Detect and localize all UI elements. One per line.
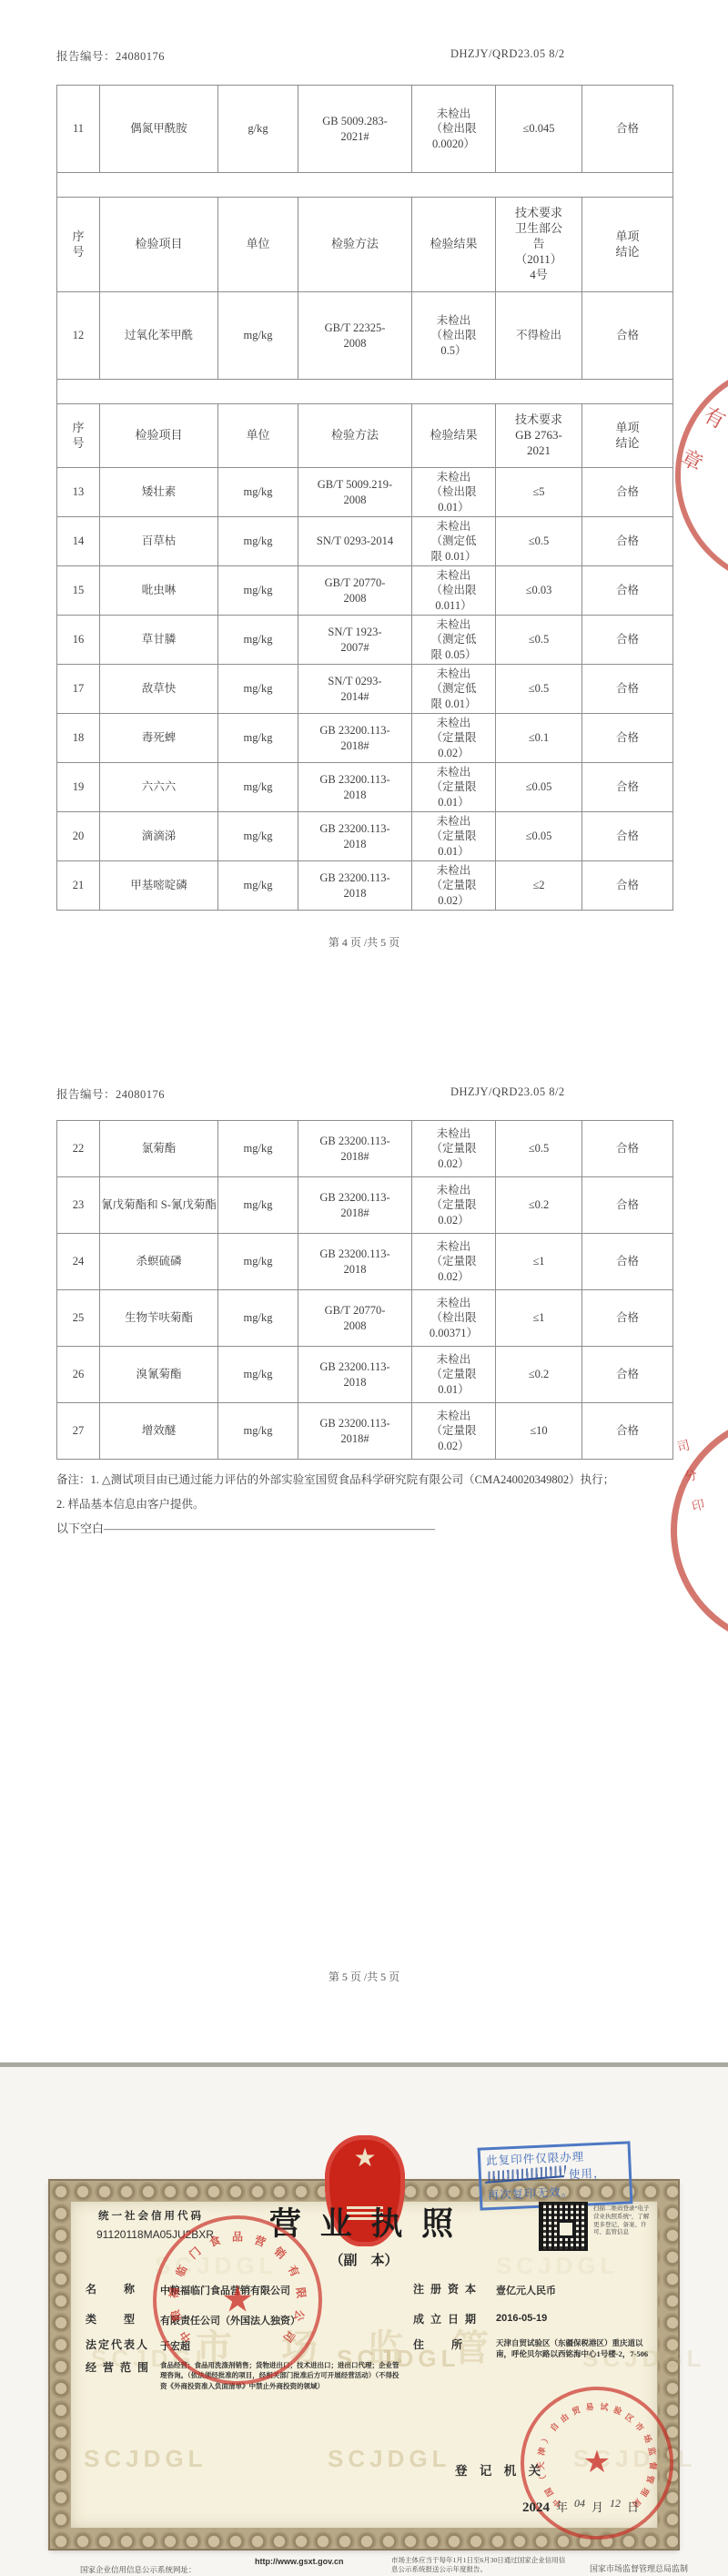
blue-copy-stamp: 此复印件仅限办理 使用， 再次复印无效。 <box>478 2141 633 2211</box>
table-row: 13 矮壮素 mg/kg GB/T 5009.219- 2008 未检出 （检出… <box>57 468 673 517</box>
seal-ring-char: 验 <box>612 2404 623 2418</box>
table-row: 12 过氧化苯甲酰 mg/kg GB/T 22325- 2008 未检出 （检出… <box>57 292 673 380</box>
watermark: SCJDGL <box>328 2445 450 2473</box>
seal-ring-char: 限 <box>292 2286 308 2299</box>
cell-verdict: 合格 <box>582 517 673 566</box>
legal-rep-label: 法定代表人 <box>86 2337 149 2352</box>
header-verdict: 单项 结论 <box>582 404 673 468</box>
seal-ring-char: 销 <box>270 2243 288 2262</box>
cell-method: GB 23200.113- 2018 <box>298 1234 412 1290</box>
table-row: 23 氰戊菊酯和 S-氰戊菊酯 mg/kg GB 23200.113- 2018… <box>57 1177 673 1234</box>
type-label: 类 型 <box>86 2311 136 2327</box>
cell-unit: mg/kg <box>218 1290 298 1347</box>
report-notes: 备注：1. △测试项目由已通过能力评估的外部实验室国贸食品科学研究院有限公司（C… <box>56 1470 657 1543</box>
cell-method: GB 23200.113- 2018# <box>298 1177 412 1234</box>
cell-unit: mg/kg <box>218 763 298 812</box>
table-row: 17 敌草快 mg/kg SN/T 0293- 2014# 未检出 （测定低 限… <box>57 665 673 714</box>
cell-unit: mg/kg <box>218 861 298 911</box>
seal-ring-char: 督 <box>647 2461 659 2470</box>
row-group-11: 11 偶氮甲酰胺 g/kg GB 5009.283- 2021# 未检出 （检出… <box>57 86 673 173</box>
seal-ring-char: 场 <box>641 2432 655 2445</box>
seal-ring-char: 管 <box>644 2474 658 2485</box>
row-group-12: 12 过氧化苯甲酰 mg/kg GB/T 22325- 2008 未检出 （检出… <box>57 292 673 380</box>
header-result: 检验结果 <box>412 404 496 468</box>
cell-method: GB 23200.113- 2018# <box>298 1403 412 1460</box>
cell-limit: ≤0.5 <box>496 616 582 665</box>
seal-star-icon: ★ <box>221 2278 254 2321</box>
watermark: SCJDGL <box>84 2445 207 2473</box>
report-number-p4: 报告编号：24080176 <box>56 47 165 64</box>
cell-method: GB 5009.283- 2021# <box>298 86 412 173</box>
cell-verdict: 合格 <box>582 1121 673 1177</box>
table-row: 27 增效醚 mg/kg GB 23200.113- 2018# 未检出 （定量… <box>57 1403 673 1460</box>
cell-item: 过氧化苯甲酰 <box>100 292 218 380</box>
cell-method: GB 23200.113- 2018# <box>298 1121 412 1177</box>
doc-code-p5: DHZJY/QRD23.05 8/2 <box>450 1085 565 1099</box>
cell-limit: 不得检出 <box>496 292 582 380</box>
issue-date: 2024 年 04 月 12 日 <box>522 2498 639 2516</box>
address-label: 住 所 <box>413 2337 464 2352</box>
cell-result: 未检出 （检出限 0.00371） <box>412 1290 496 1347</box>
seal-ring-char: 试 <box>599 2400 609 2413</box>
cell-method: GB 23200.113- 2018 <box>298 1347 412 1403</box>
cell-method: SN/T 1923- 2007# <box>298 616 412 665</box>
cell-seq: 27 <box>57 1403 100 1460</box>
cell-unit: mg/kg <box>218 517 298 566</box>
registrar-seal-icon: ★ 中国（天津）自由贸易试验区市场监督管理局 <box>521 2387 673 2540</box>
row-group-13-21: 13 矮壮素 mg/kg GB/T 5009.219- 2008 未检出 （检出… <box>57 468 673 911</box>
capital-label: 注 册 资 本 <box>413 2281 478 2296</box>
cell-item: 增效醚 <box>100 1403 218 1460</box>
cell-item: 矮壮素 <box>100 468 218 517</box>
business-license-photo: SCJDGL SCJDGL SCJDGL SCJDGL SCJDGL SCJDG… <box>0 2062 728 2576</box>
cell-verdict: 合格 <box>582 86 673 173</box>
cell-item: 六六六 <box>100 763 218 812</box>
cell-method: GB/T 20770- 2008 <box>298 1290 412 1347</box>
header-result: 检验结果 <box>412 198 496 292</box>
cell-result: 未检出 （测定低 限 0.01） <box>412 517 496 566</box>
note-blank-below: 以下空白———————————————————————————— <box>56 1518 657 1539</box>
established-label: 成 立 日 期 <box>413 2311 478 2327</box>
seal-ring-char: 区 <box>623 2410 637 2425</box>
seal-ring-char: 易 <box>585 2400 595 2413</box>
cell-seq: 17 <box>57 665 100 714</box>
seal-ring-char: 自 <box>547 2419 561 2433</box>
cell-unit: mg/kg <box>218 1234 298 1290</box>
cell-seq: 22 <box>57 1121 100 1177</box>
cell-verdict: 合格 <box>582 763 673 812</box>
cell-seq: 14 <box>57 517 100 566</box>
cell-result: 未检出 （测定低 限 0.05） <box>412 616 496 665</box>
seal-ring-char: 福 <box>166 2286 182 2299</box>
page-footer-4: 第 4 页 /共 5 页 <box>0 934 728 950</box>
header-item: 检验项目 <box>100 198 218 292</box>
cell-unit: g/kg <box>218 86 298 173</box>
cell-result: 未检出 （定量限 0.02） <box>412 861 496 911</box>
cell-verdict: 合格 <box>582 292 673 380</box>
cell-seq: 11 <box>57 86 100 173</box>
cell-method: GB 23200.113- 2018 <box>298 763 412 812</box>
report-number-p5: 报告编号：24080176 <box>56 1085 165 1102</box>
seal-ring-char: 贸 <box>571 2404 582 2418</box>
license-footer-url: http://www.gsxt.gov.cn <box>255 2557 344 2566</box>
header-item: 检验项目 <box>100 404 218 468</box>
cell-item: 杀螟硫磷 <box>100 1234 218 1290</box>
cell-result: 未检出 （定量限 0.02） <box>412 1121 496 1177</box>
cell-limit: ≤1 <box>496 1290 582 1347</box>
cell-unit: mg/kg <box>218 616 298 665</box>
header-method: 检验方法 <box>298 404 412 468</box>
cell-limit: ≤0.5 <box>496 665 582 714</box>
cell-verdict: 合格 <box>582 1234 673 1290</box>
table-gap-row <box>57 380 673 404</box>
cell-verdict: 合格 <box>582 1177 673 1234</box>
header-unit: 单位 <box>218 198 298 292</box>
header-row-block-1: 序 号 检验项目 单位 检验方法 检验结果 技术要求 卫生部公 告 （2011）… <box>57 198 673 292</box>
header-row-block-2: 序 号 检验项目 单位 检验方法 检验结果 技术要求 GB 2763- 2021… <box>57 404 673 468</box>
cell-result: 未检出 （定量限 0.02） <box>412 1234 496 1290</box>
cell-verdict: 合格 <box>582 1290 673 1347</box>
inspection-table-page5: 22 氯菊酯 mg/kg GB 23200.113- 2018# 未检出 （定量… <box>56 1120 673 1460</box>
watermark: SCJDGL <box>496 2252 619 2280</box>
table-row: 22 氯菊酯 mg/kg GB 23200.113- 2018# 未检出 （定量… <box>57 1121 673 1177</box>
cell-item: 偶氮甲酰胺 <box>100 86 218 173</box>
cell-unit: mg/kg <box>218 1403 298 1460</box>
cell-unit: mg/kg <box>218 665 298 714</box>
cell-seq: 12 <box>57 292 100 380</box>
cell-result: 未检出 （检出限 0.01） <box>412 468 496 517</box>
cell-limit: ≤0.045 <box>496 86 582 173</box>
seal-ring-char: 营 <box>252 2231 268 2249</box>
cell-limit: ≤0.05 <box>496 763 582 812</box>
header-seq: 序 号 <box>57 198 100 292</box>
table-row: 14 百草枯 mg/kg SN/T 0293-2014 未检出 （测定低 限 0… <box>57 517 673 566</box>
cell-verdict: 合格 <box>582 665 673 714</box>
cell-method: GB/T 22325- 2008 <box>298 292 412 380</box>
cell-seq: 19 <box>57 763 100 812</box>
seal-ring-char: 公 <box>290 2308 308 2323</box>
cell-seq: 16 <box>57 616 100 665</box>
seal-ring-char: 监 <box>645 2447 659 2457</box>
table-header-row: 序 号 检验项目 单位 检验方法 检验结果 技术要求 卫生部公 告 （2011）… <box>57 198 673 292</box>
cell-method: GB 23200.113- 2018 <box>298 812 412 861</box>
table-row: 11 偶氮甲酰胺 g/kg GB 5009.283- 2021# 未检出 （检出… <box>57 86 673 173</box>
cell-limit: ≤1 <box>496 1234 582 1290</box>
cell-item: 敌草快 <box>100 665 218 714</box>
cell-unit: mg/kg <box>218 1177 298 1234</box>
cell-item: 甲基嘧啶磷 <box>100 861 218 911</box>
cell-limit: ≤5 <box>496 468 582 517</box>
cell-result: 未检出 （测定低 限 0.01） <box>412 665 496 714</box>
cell-item: 毒死蜱 <box>100 714 218 763</box>
cell-verdict: 合格 <box>582 1347 673 1403</box>
cell-unit: mg/kg <box>218 292 298 380</box>
cell-result: 未检出 （定量限 0.02） <box>412 714 496 763</box>
cell-limit: ≤0.1 <box>496 714 582 763</box>
license-footer-middle: 市场主体应当于每年1月1日至6月30日通过国家企业信用信息公示系统报送公示年度报… <box>391 2556 569 2574</box>
page-footer-5: 第 5 页 /共 5 页 <box>0 1969 728 1984</box>
table-row: 19 六六六 mg/kg GB 23200.113- 2018 未检出 （定量限… <box>57 763 673 812</box>
credit-code-label: 统一社会信用代码 <box>98 2208 204 2223</box>
issue-month: 04 <box>574 2497 585 2510</box>
cell-limit: ≤10 <box>496 1403 582 1460</box>
seal-ring-char: 门 <box>186 2243 204 2262</box>
table-row: 21 甲基嘧啶磷 mg/kg GB 23200.113- 2018 未检出 （定… <box>57 861 673 911</box>
cell-seq: 25 <box>57 1290 100 1347</box>
header-method: 检验方法 <box>298 198 412 292</box>
cell-verdict: 合格 <box>582 861 673 911</box>
seal-ring-char: 由 <box>558 2410 571 2425</box>
header-verdict: 单项 结论 <box>582 198 673 292</box>
note-line-2: 2. 样品基本信息由客户提供。 <box>56 1494 657 1515</box>
cell-item: 溴氰菊酯 <box>100 1347 218 1403</box>
cell-seq: 18 <box>57 714 100 763</box>
cell-item: 生物苄呋菊酯 <box>100 1290 218 1347</box>
seal-ring-char: （ <box>536 2474 550 2485</box>
cell-item: 吡虫啉 <box>100 566 218 616</box>
cell-item: 氰戊菊酯和 S-氰戊菊酯 <box>100 1177 218 1234</box>
seal-ring-char: 粮 <box>167 2308 184 2323</box>
cell-result: 未检出 （定量限 0.01） <box>412 763 496 812</box>
cell-verdict: 合格 <box>582 616 673 665</box>
seal-ring-char: 天 <box>534 2461 546 2470</box>
cell-limit: ≤0.2 <box>496 1177 582 1234</box>
cell-result: 未检出 （定量限 0.02） <box>412 1177 496 1234</box>
cell-result: 未检出 （检出限 0.0020） <box>412 86 496 173</box>
established-value: 2016-05-19 <box>496 2313 547 2324</box>
seal-ring-char: 临 <box>172 2262 191 2279</box>
table-header-row: 序 号 检验项目 单位 检验方法 检验结果 技术要求 GB 2763- 2021… <box>57 404 673 468</box>
cell-limit: ≤0.2 <box>496 1347 582 1403</box>
scanned-document: 报告编号：24080176 DHZJY/QRD23.05 8/2 11 偶氮甲酰… <box>0 0 728 2576</box>
cell-method: GB/T 5009.219- 2008 <box>298 468 412 517</box>
table-row: 26 溴氰菊酯 mg/kg GB 23200.113- 2018 未检出 （定量… <box>57 1347 673 1403</box>
cell-limit: ≤0.5 <box>496 1121 582 1177</box>
cell-verdict: 合格 <box>582 812 673 861</box>
cell-seq: 20 <box>57 812 100 861</box>
seal-ring-char: 国 <box>541 2486 556 2499</box>
seal-ring-char: 品 <box>232 2229 243 2245</box>
address-value: 天津自贸试验区（东疆保税港区）重庆道以南，呼伦贝尔路以西铭海中心1号楼-2，7-… <box>496 2337 658 2360</box>
cell-result: 未检出 （定量限 0.02） <box>412 1403 496 1460</box>
cell-verdict: 合格 <box>582 566 673 616</box>
cell-item: 氯菊酯 <box>100 1121 218 1177</box>
table-row: 24 杀螟硫磷 mg/kg GB 23200.113- 2018 未检出 （定量… <box>57 1234 673 1290</box>
note-line-1: 备注：1. △测试项目由已通过能力评估的外部实验室国贸食品科学研究院有限公司（C… <box>56 1470 657 1491</box>
cell-unit: mg/kg <box>218 566 298 616</box>
cell-seq: 21 <box>57 861 100 911</box>
license-footer-left: 国家企业信用信息公示系统网址： <box>80 2564 197 2575</box>
cell-verdict: 合格 <box>582 1403 673 1460</box>
inspection-table-page4: 11 偶氮甲酰胺 g/kg GB 5009.283- 2021# 未检出 （检出… <box>56 85 673 911</box>
cell-method: GB 23200.113- 2018 <box>298 861 412 911</box>
cell-unit: mg/kg <box>218 468 298 517</box>
seal-ring-char: 理 <box>638 2486 652 2499</box>
cell-unit: mg/kg <box>218 812 298 861</box>
cell-item: 草甘膦 <box>100 616 218 665</box>
header-seq: 序 号 <box>57 404 100 468</box>
cell-result: 未检出 （检出限 0.5） <box>412 292 496 380</box>
cell-limit: ≤2 <box>496 861 582 911</box>
cell-method: GB/T 20770- 2008 <box>298 566 412 616</box>
cell-limit: ≤0.5 <box>496 517 582 566</box>
seal-ring-char: 食 <box>207 2231 222 2249</box>
qr-code <box>541 2204 586 2249</box>
cell-verdict: 合格 <box>582 468 673 517</box>
cell-item: 百草枯 <box>100 517 218 566</box>
table-row: 18 毒死蜱 mg/kg GB 23200.113- 2018# 未检出 （定量… <box>57 714 673 763</box>
cell-limit: ≤0.03 <box>496 566 582 616</box>
cell-method: SN/T 0293- 2014# <box>298 665 412 714</box>
cell-seq: 26 <box>57 1347 100 1403</box>
table-row: 16 草甘膦 mg/kg SN/T 1923- 2007# 未检出 （测定低 限… <box>57 616 673 665</box>
qr-caption: 扫描二维码登录“电子营业执照系统”，了解更多登记、备案、许可、监管信息 <box>593 2205 652 2237</box>
cell-seq: 13 <box>57 468 100 517</box>
header-unit: 单位 <box>218 404 298 468</box>
cell-limit: ≤0.05 <box>496 812 582 861</box>
cell-unit: mg/kg <box>218 1121 298 1177</box>
issue-day: 12 <box>610 2497 621 2510</box>
issue-year: 2024 <box>522 2500 550 2516</box>
seal-ring-char: 中 <box>176 2327 195 2346</box>
cell-method: GB 23200.113- 2018# <box>298 714 412 763</box>
name-label: 名 称 <box>86 2281 136 2296</box>
table-gap-row <box>57 173 673 198</box>
seal-star-icon: ★ <box>583 2444 611 2480</box>
capital-value: 壹亿元人民币 <box>496 2283 556 2297</box>
cell-unit: mg/kg <box>218 1347 298 1403</box>
cell-method: SN/T 0293-2014 <box>298 517 412 566</box>
cell-seq: 24 <box>57 1234 100 1290</box>
cell-verdict: 合格 <box>582 714 673 763</box>
cell-seq: 23 <box>57 1177 100 1234</box>
table-row: 20 滴滴涕 mg/kg GB 23200.113- 2018 未检出 （定量限… <box>57 812 673 861</box>
scope-label: 经 营 范 围 <box>86 2359 150 2375</box>
table-row: 15 吡虫啉 mg/kg GB/T 20770- 2008 未检出 （检出限 0… <box>57 566 673 616</box>
cell-result: 未检出 （定量限 0.01） <box>412 1347 496 1403</box>
license-footer-right: 国家市场监督管理总局监制 <box>590 2562 688 2574</box>
cell-unit: mg/kg <box>218 714 298 763</box>
seal-ring-char: 司 <box>280 2327 299 2346</box>
row-group-22-27: 22 氯菊酯 mg/kg GB 23200.113- 2018# 未检出 （定量… <box>57 1121 673 1460</box>
doc-code-p4: DHZJY/QRD23.05 8/2 <box>450 47 565 61</box>
cell-result: 未检出 （定量限 0.01） <box>412 812 496 861</box>
seal-ring-char: 市 <box>632 2419 647 2433</box>
seal-ring-char: 有 <box>285 2262 304 2279</box>
header-tech-req-1: 技术要求 卫生部公 告 （2011） 4号 <box>496 198 582 292</box>
table-row: 25 生物苄呋菊酯 mg/kg GB/T 20770- 2008 未检出 （检出… <box>57 1290 673 1347</box>
cell-seq: 15 <box>57 566 100 616</box>
header-tech-req-2: 技术要求 GB 2763- 2021 <box>496 404 582 468</box>
cell-item: 滴滴涕 <box>100 812 218 861</box>
scan-edge-line <box>0 2062 728 2067</box>
seal-ring-char: ） <box>539 2432 553 2445</box>
company-seal-icon: ★ 中粮福临门食品营销有限公司 <box>153 2215 322 2385</box>
cell-result: 未检出 （检出限 0.011） <box>412 566 496 616</box>
seal-ring-char: 津 <box>535 2447 549 2457</box>
